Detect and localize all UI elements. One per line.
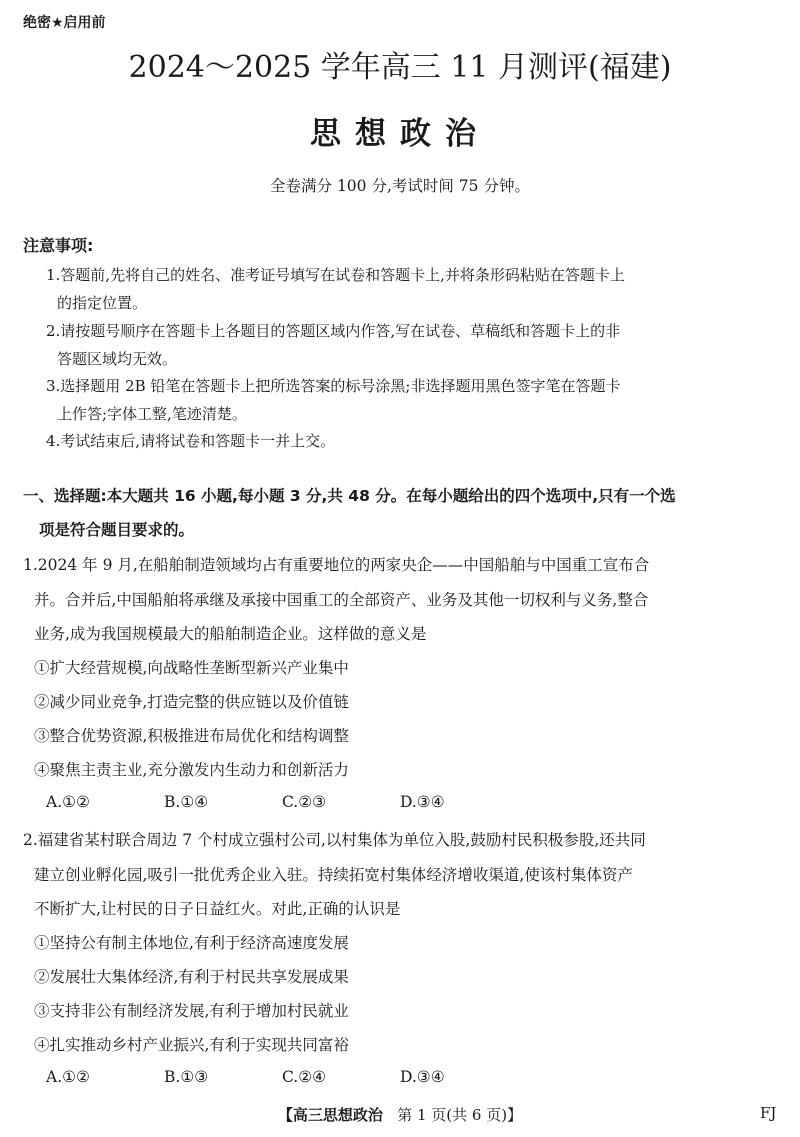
notice-item-2: 2.请按题号顺序在答题卡上各题目的答题区域内作答,写在试卷、草稿纸和答题卡上的非 bbox=[46, 320, 620, 341]
question-1-option-d: D.③④ bbox=[400, 793, 445, 811]
question-1-line-3: 业务,成为我国规模最大的船舶制造企业。这样做的意义是 bbox=[34, 622, 426, 644]
footer-page-number: 第 1 页(共 6 页)】 bbox=[397, 1106, 522, 1124]
question-2-statement-1: ①坚持公有制主体地位,有利于经济高速度发展 bbox=[34, 931, 349, 953]
notice-item-3: 3.选择题用 2B 铅笔在答题卡上把所选答案的标号涂黑;非选择题用黑色签字笔在答… bbox=[46, 375, 620, 396]
region-code: FJ bbox=[760, 1104, 776, 1122]
notice-heading: 注意事项: bbox=[23, 233, 93, 256]
section-heading-cont: 项是符合题目要求的。 bbox=[39, 518, 194, 540]
question-1-statement-1: ①扩大经营规模,向战略性垄断型新兴产业集中 bbox=[34, 656, 349, 678]
notice-item-3-cont: 上作答;字体工整,笔迹清楚。 bbox=[57, 403, 247, 424]
score-time-info: 全卷满分 100 分,考试时间 75 分钟。 bbox=[0, 174, 800, 196]
question-2-option-b: B.①③ bbox=[164, 1068, 208, 1086]
question-1-statement-4: ④聚焦主责主业,充分激发内生动力和创新活力 bbox=[34, 758, 349, 780]
question-1-option-b: B.①④ bbox=[164, 793, 208, 811]
page-footer: 【高三思想政治 第 1 页(共 6 页)】 bbox=[0, 1104, 800, 1125]
notice-item-4: 4.考试结束后,请将试卷和答题卡一并上交。 bbox=[46, 430, 335, 451]
notice-item-2-cont: 答题区域均无效。 bbox=[57, 348, 177, 369]
question-2-statement-4: ④扎实推动乡村产业振兴,有利于实现共同富裕 bbox=[34, 1033, 349, 1055]
question-2-line-2: 建立创业孵化园,吸引一批优秀企业入驻。持续拓宽村集体经济增收渠道,使该村集体资产 bbox=[34, 863, 633, 885]
notice-item-1-cont: 的指定位置。 bbox=[57, 292, 147, 313]
question-2-option-a: A.①② bbox=[46, 1068, 90, 1086]
question-2-option-d: D.③④ bbox=[400, 1068, 445, 1086]
question-2-statement-2: ②发展壮大集体经济,有利于村民共享发展成果 bbox=[34, 965, 349, 987]
question-1-option-c: C.②③ bbox=[282, 793, 326, 811]
question-2-line-3: 不断扩大,让村民的日子日益红火。对此,正确的认识是 bbox=[34, 897, 400, 919]
subject-title: 思想政治 bbox=[0, 108, 800, 153]
section-heading: 一、选择题:本大题共 16 小题,每小题 3 分,共 48 分。在每小题给出的四… bbox=[23, 484, 676, 506]
question-1-option-a: A.①② bbox=[46, 793, 90, 811]
notice-item-1: 1.答题前,先将自己的姓名、准考证号填写在试卷和答题卡上,并将条形码粘贴在答题卡… bbox=[46, 264, 625, 285]
question-2-option-c: C.②④ bbox=[282, 1068, 326, 1086]
question-1-line-2: 并。合并后,中国船舶将承继及承接中国重工的全部资产、业务及其他一切权利与义务,整… bbox=[34, 588, 648, 610]
confidential-label: 绝密★启用前 bbox=[23, 12, 106, 32]
question-1-statement-3: ③整合优势资源,积极推进布局优化和结构调整 bbox=[34, 724, 349, 746]
exam-title: 2024～2025 学年高三 11 月测评(福建) bbox=[0, 42, 800, 86]
question-1-statement-2: ②减少同业竞争,打造完整的供应链以及价值链 bbox=[34, 690, 349, 712]
question-2-statement-3: ③支持非公有制经济发展,有利于增加村民就业 bbox=[34, 999, 349, 1021]
footer-subject-label: 【高三思想政治 bbox=[278, 1106, 383, 1124]
question-1-line-1: 1.2024 年 9 月,在船舶制造领域均占有重要地位的两家央企——中国船舶与中… bbox=[23, 553, 649, 575]
question-2-line-1: 2.福建省某村联合周边 7 个村成立强村公司,以村集体为单位入股,鼓励村民积极参… bbox=[23, 828, 646, 850]
